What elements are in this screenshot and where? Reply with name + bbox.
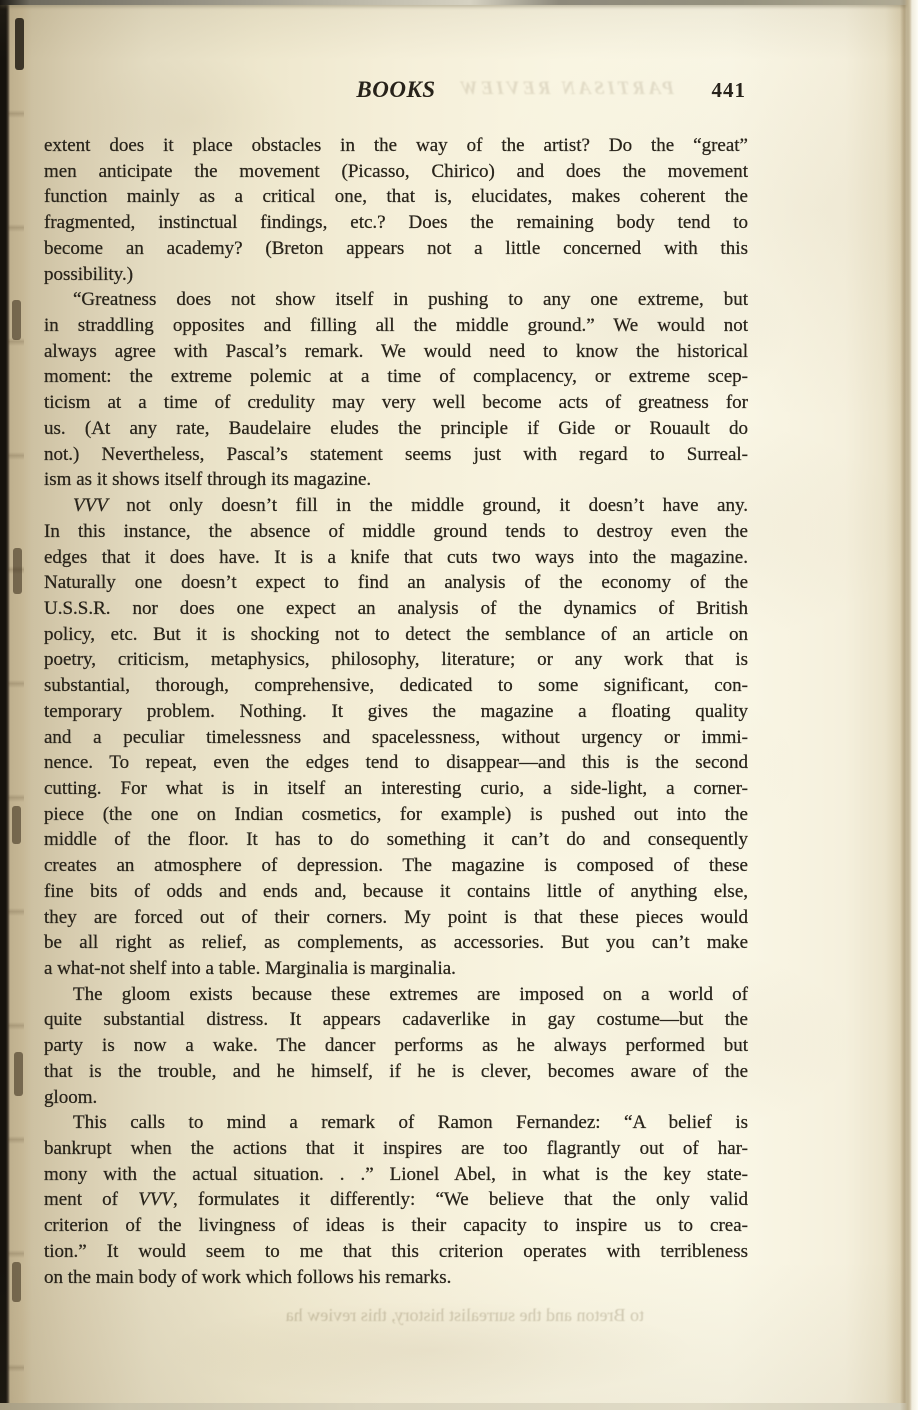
text-line: ism as it shows itself through its magaz… [44,467,748,493]
text-line: not.) Nevertheless, Pascal’s statement s… [44,442,748,468]
binding-mark [15,18,24,70]
paragraph: VVV not only doesn’t fill in the middle … [44,493,748,982]
binding-mark [12,1262,21,1302]
text-line: criterion of the livingness of ideas is … [44,1213,748,1239]
text-line: piece (the one on Indian cosmetics, for … [44,802,748,828]
text-line: U.S.S.R. nor does one expect an analysis… [44,596,748,622]
text-line: Naturally one doesn’t expect to find an … [44,570,748,596]
text-line: In this instance, the absence of middle … [44,519,748,545]
text-line: a what-not shelf into a table. Marginali… [44,956,748,982]
text-line: VVV not only doesn’t fill in the middle … [44,493,748,519]
text-line: possibility.) [44,262,748,288]
running-head: BOOKS 441 [44,77,748,103]
text-line: and a peculiar timelessness and spaceles… [44,725,748,751]
text-line: temporary problem. Nothing. It gives the… [44,699,748,725]
binding-mark [14,1052,23,1096]
book-binding-texture [8,0,24,1410]
text-line: poetry, criticism, metaphysics, philosop… [44,647,748,673]
text-line: substantial, thorough, comprehensive, de… [44,673,748,699]
text-line: always agree with Pascal’s remark. We wo… [44,339,748,365]
page-bottom-edge [0,1403,918,1410]
text-line: fragmented, instinctual findings, etc.? … [44,210,748,236]
text-line: The gloom exists because these extremes … [44,982,748,1008]
text-line: become an academy? (Breton appears not a… [44,236,748,262]
page-top-edge [0,0,918,5]
binding-mark [12,806,21,844]
text-line: cutting. For what is in itself an intere… [44,776,748,802]
text-line: nence. To repeat, even the edges tend to… [44,750,748,776]
text-line: be all right as relief, as complements, … [44,930,748,956]
text-line: they are forced out of their corners. My… [44,905,748,931]
text-line: “Greatness does not show itself in pushi… [44,287,748,313]
text-line: quite substantial distress. It appears c… [44,1007,748,1033]
section-title: BOOKS [356,77,435,103]
magazine-title-vvv: VVV [138,1189,173,1210]
text-line: edges that it does have. It is a knife t… [44,545,748,571]
text-line: in straddling opposites and filling all … [44,313,748,339]
text-line: mony with the actual situation. . .” Lio… [44,1162,748,1188]
text-line: moment: the extreme polemic at a time of… [44,364,748,390]
text-line: fine bits of odds and ends and, because … [44,879,748,905]
text-line: that is the trouble, and he himself, if … [44,1059,748,1085]
paragraph: This calls to mind a remark of Ramon Fer… [44,1110,748,1290]
text-line: men anticipate the movement (Picasso, Ch… [44,159,748,185]
text-line: on the main body of work which follows h… [44,1265,748,1291]
text-line: tion.” It would seem to me that this cri… [44,1239,748,1265]
bleed-through-footer-text: to Breton and the surrealist history, th… [78,1305,644,1326]
page-right-edge [900,0,918,1410]
text-line: function mainly as a critical one, that … [44,184,748,210]
text-line: extent does it place obstacles in the wa… [44,133,748,159]
text-line: ment of VVV, formulates it differently: … [44,1187,748,1213]
text-line: middle of the floor. It has to do someth… [44,827,748,853]
text-line: ticism at a time of credulity may very w… [44,390,748,416]
text-line: party is now a wake. The dancer performs… [44,1033,748,1059]
text-line: gloom. [44,1085,748,1111]
text-line: policy, etc. But it is shocking not to d… [44,622,748,648]
text-line: us. (At any rate, Baudelaire eludes the … [44,416,748,442]
page-number: 441 [712,78,747,103]
binding-mark [12,300,21,340]
page-body-text: extent does it place obstacles in the wa… [44,133,748,1290]
text-line: bankrupt when the actions that it inspir… [44,1136,748,1162]
binding-mark [13,548,22,594]
scanned-book-page: PARTISAN REVIEW to Breton and the surrea… [0,0,918,1410]
text-line: This calls to mind a remark of Ramon Fer… [44,1110,748,1136]
paragraph: extent does it place obstacles in the wa… [44,133,748,287]
text-line: creates an atmosphere of depression. The… [44,853,748,879]
paragraph: The gloom exists because these extremes … [44,982,748,1111]
magazine-title-vvv: VVV [73,495,108,516]
paragraph: “Greatness does not show itself in pushi… [44,287,748,493]
